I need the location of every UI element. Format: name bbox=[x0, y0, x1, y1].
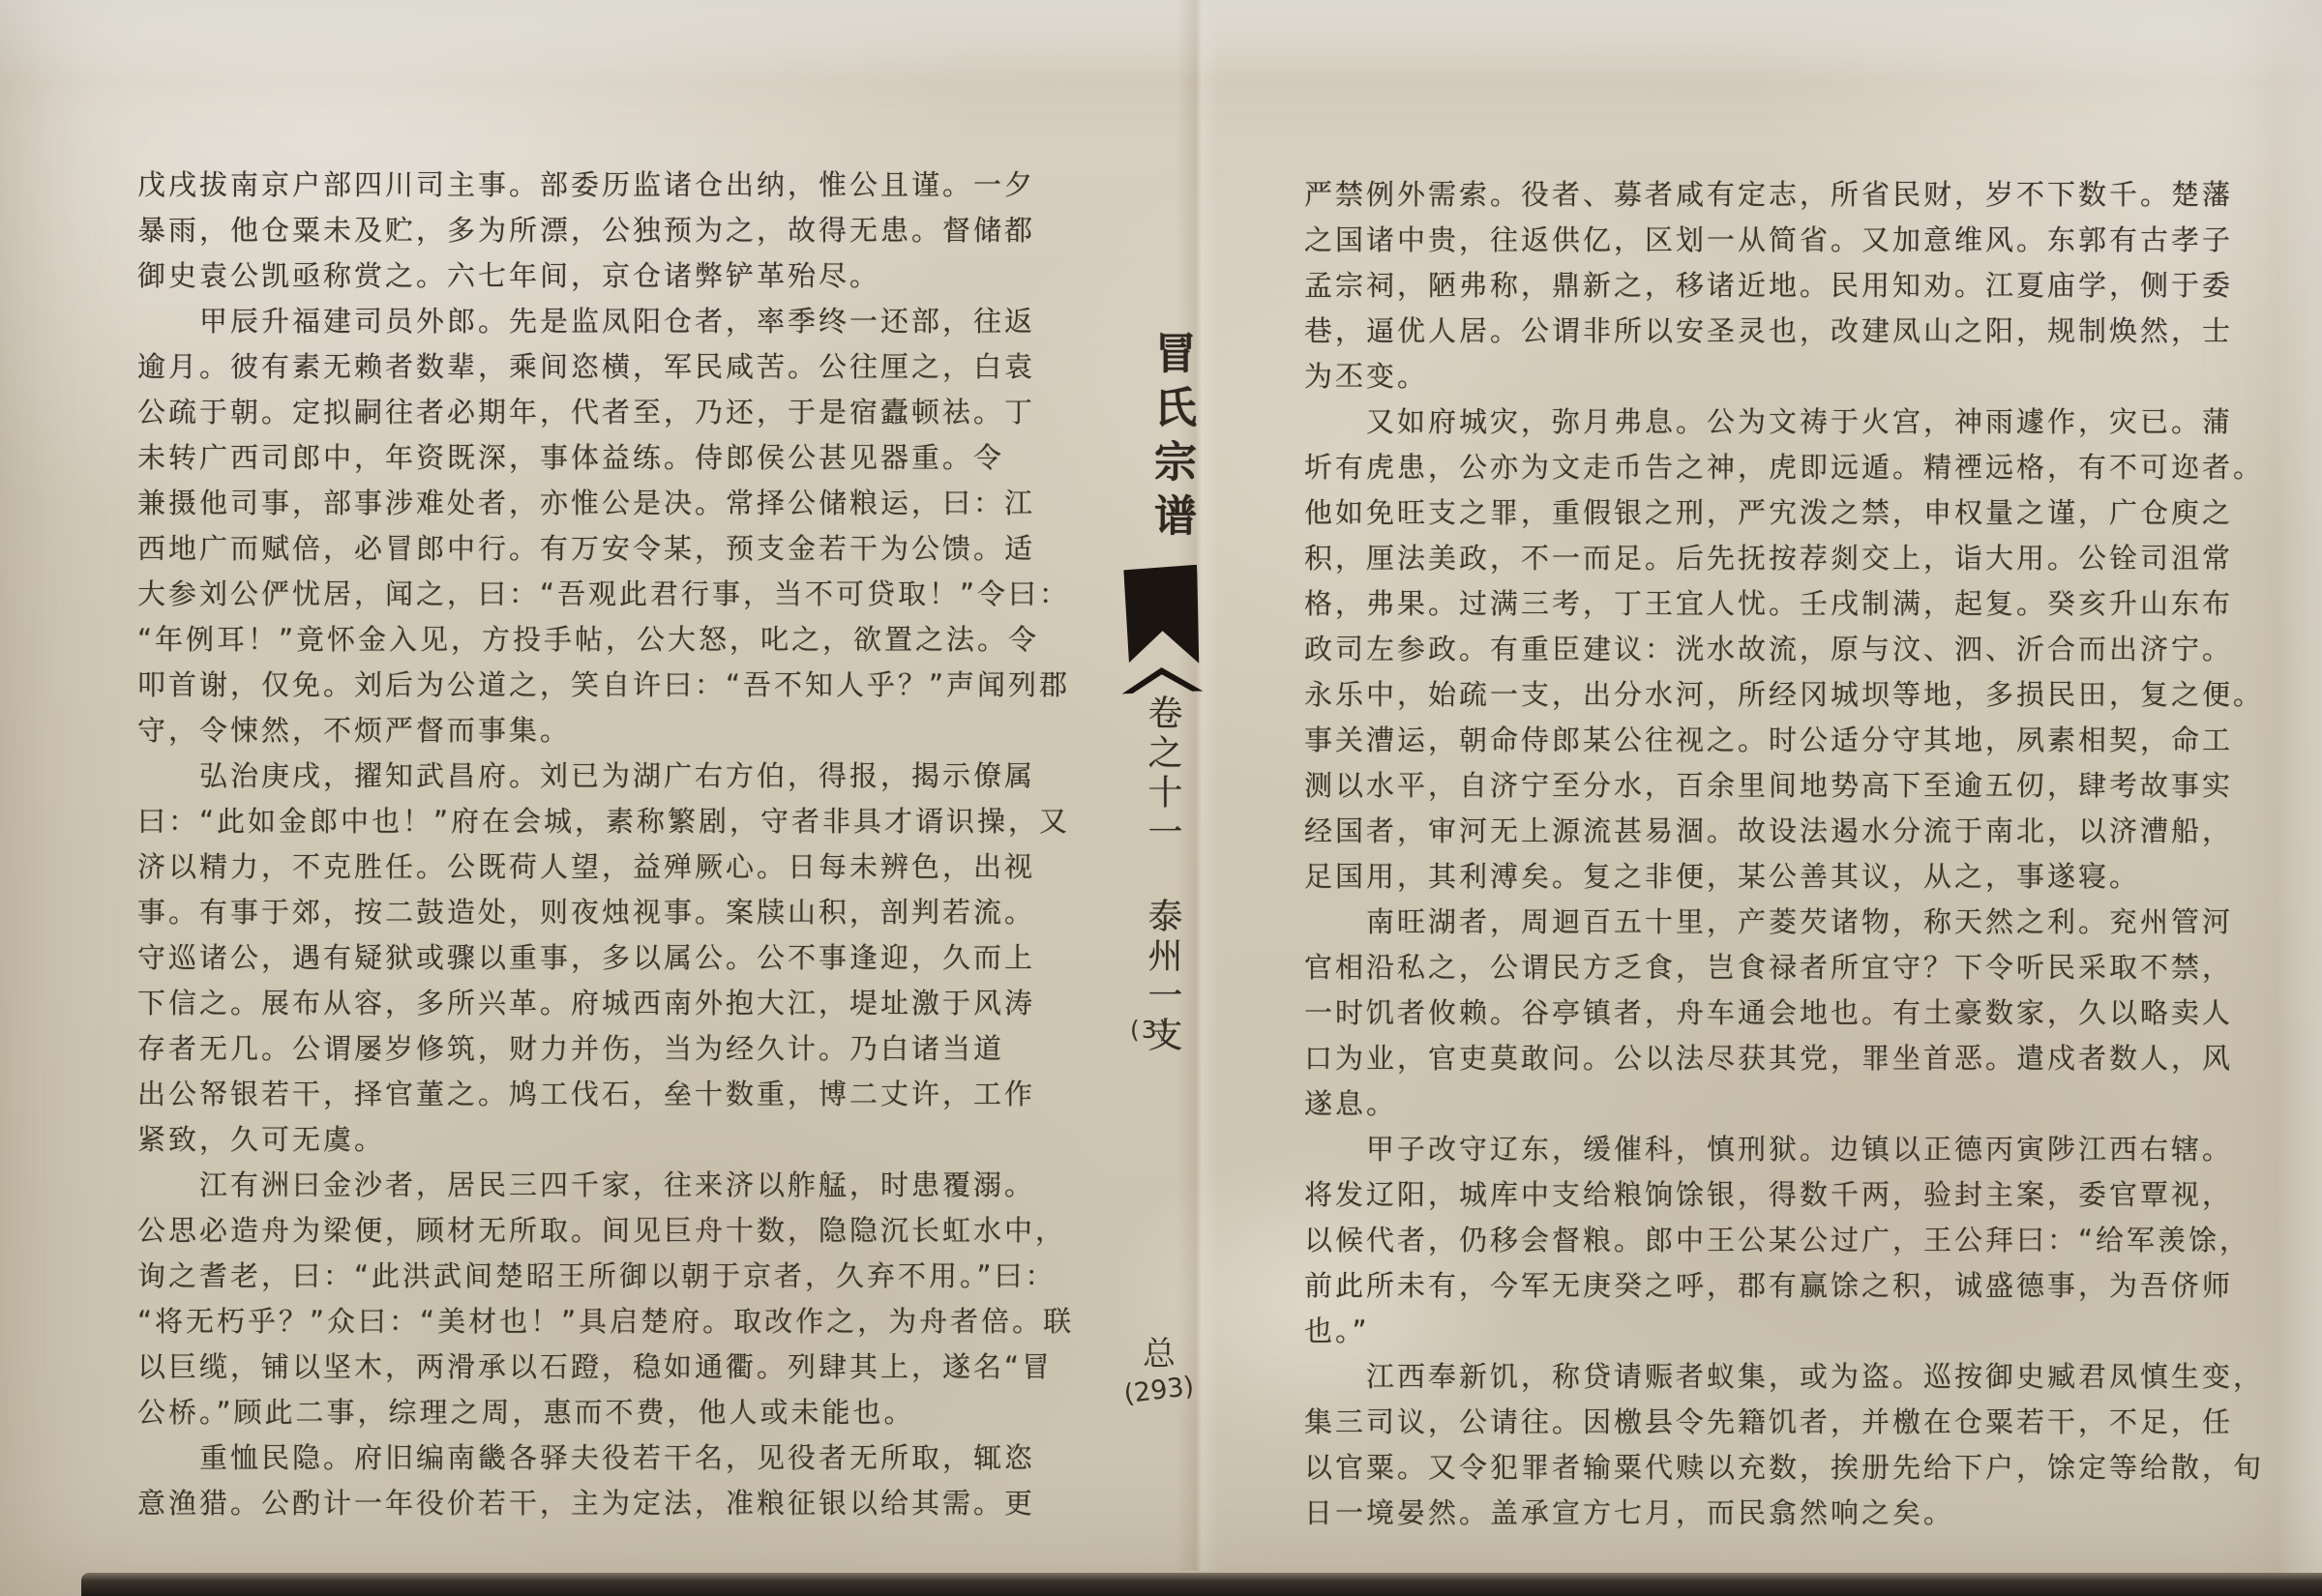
handwritten-text-line: 又如府城灾，弥月弗息。公为文祷于火宫，神雨遽作，灾已。蒲 bbox=[1304, 399, 2272, 445]
handwritten-text-line: 未转广西司郎中，年资既深，事体益练。侍郎侯公甚见器重。令 bbox=[137, 435, 1115, 481]
handwritten-text-line: 出公帑银若干，择官董之。鸠工伐石，垒十数重，博二丈许，工作 bbox=[137, 1072, 1115, 1117]
scan-right-edge bbox=[2277, 0, 2322, 1596]
right-page-text: 严禁例外需索。役者、募者咸有定志，所省民财，岁不下数千。楚藩之国诸中贵，往返供亿… bbox=[1304, 172, 2272, 1536]
left-page-text: 戊戌拔南京户部四川司主事。部委历监诸仓出纳，惟公且谨。一夕暴雨，他仓粟未及贮，多… bbox=[137, 163, 1115, 1526]
handwritten-text-line: 巷，逼优人居。公谓非所以安圣灵也，改建凤山之阳，规制焕然，士 bbox=[1304, 309, 2272, 354]
handwritten-text-line: 遂息。 bbox=[1304, 1081, 2272, 1127]
spine-total-char: 总 bbox=[1113, 1333, 1206, 1375]
handwritten-text-line: 甲辰升福建司员外郎。先是监凤阳仓者，率季终一还部，往返 bbox=[137, 299, 1115, 344]
handwritten-text-line: 弘治庚戌，擢知武昌府。刘已为湖广右方伯，得报，揭示僚属 bbox=[137, 754, 1115, 799]
handwritten-text-line: 圻有虎患，公亦为文走币告之神，虎即远遁。精禋远格，有不可迩者。 bbox=[1304, 445, 2272, 490]
handwritten-text-line: 御史袁公凯亟称赏之。六七年间，京仓诸弊铲革殆尽。 bbox=[137, 253, 1115, 299]
handwritten-text-line: 以候代者，仍移会督粮。郎中王公某公过广，王公拜曰：“给军羡馀， bbox=[1304, 1218, 2272, 1263]
handwritten-text-line: 一时饥者攸赖。谷亭镇者，舟车通会地也。有土豪数家，久以略卖人 bbox=[1304, 990, 2272, 1036]
handwritten-text-line: 日一境晏然。盖承宣方七月，而民翕然响之矣。 bbox=[1304, 1491, 2272, 1536]
handwritten-text-line: 孟宗祠，陋弗称，鼎新之，移诸近地。民用知劝。江夏庙学，侧于委 bbox=[1304, 263, 2272, 309]
spine-leaf-number: (3) bbox=[1130, 1016, 1170, 1044]
handwritten-text-line: 口为业，官吏莫敢问。公以法尽获其党，罪坐首恶。遣戍者数人，风 bbox=[1304, 1036, 2272, 1081]
handwritten-text-line: 逾月。彼有素无赖者数辈，乘间恣横，军民咸苦。公往厘之，白袁 bbox=[137, 344, 1115, 390]
handwritten-text-line: 询之耆老，曰：“此洪武间楚昭王所御以朝于京者，久弃不用。”曰： bbox=[137, 1254, 1115, 1299]
handwritten-text-line: 叩首谢，仅免。刘后为公道之，笑自许曰：“吾不知人乎？”声闻列郡 bbox=[137, 663, 1115, 708]
handwritten-text-line: 意渔猎。公酌计一年役价若干，主为定法，准粮征银以给其需。更 bbox=[137, 1481, 1115, 1526]
scan-top-edge bbox=[0, 0, 2322, 81]
handwritten-text-line: 政司左参政。有重臣建议：洸水故流，原与汶、泗、沂合而出济宁。 bbox=[1304, 627, 2272, 672]
handwritten-text-line: 事。有事于郊，按二鼓造处，则夜烛视事。案牍山积，剖判若流。 bbox=[137, 890, 1115, 935]
handwritten-text-line: 大参刘公俨忧居，闻之，曰：“吾观此君行事，当不可贷取！”令曰： bbox=[137, 572, 1115, 617]
handwritten-text-line: 守，令悚然，不烦严督而事集。 bbox=[137, 708, 1115, 754]
handwritten-text-line: “将无朽乎？”众曰：“美材也！”具启楚府。取改作之，为舟者倍。联 bbox=[137, 1299, 1115, 1345]
handwritten-text-line: 重恤民隐。府旧编南畿各驿夫役若干名，见役者无所取，辄恣 bbox=[137, 1435, 1115, 1481]
handwritten-text-line: 足国用，其利溥矣。复之非便，某公善其议，从之，事遂寝。 bbox=[1304, 854, 2272, 900]
handwritten-text-line: 将发辽阳，城库中支给粮饷馀银，得数千两，验封主案，委官覃视， bbox=[1304, 1172, 2272, 1218]
handwritten-text-line: 西地广而赋倍，必冒郎中行。有万安令某，预支金若干为公馈。适 bbox=[137, 526, 1115, 572]
handwritten-text-line: 兼摄他司事，部事涉难处者，亦惟公是决。常择公储粮运，曰：江 bbox=[137, 481, 1115, 526]
handwritten-text-line: 甲子改守辽东，缓催科，慎刑狱。边镇以正德丙寅陟江西右辖。 bbox=[1304, 1127, 2272, 1172]
handwritten-text-line: 严禁例外需索。役者、募者咸有定志，所省民财，岁不下数千。楚藩 bbox=[1304, 172, 2272, 218]
handwritten-text-line: 存者无几。公谓屡岁修筑，财力并伤，当为经久计。乃白诸当道 bbox=[137, 1026, 1115, 1072]
handwritten-text-line: 公疏于朝。定拟嗣往者必期年，代者至，乃还，于是宿蠹顿祛。丁 bbox=[137, 390, 1115, 435]
handwritten-text-line: 江西奉新饥，称贷请赈者蚁集，或为盗。巡按御史臧君凤慎生变， bbox=[1304, 1354, 2272, 1400]
handwritten-text-line: 为丕变。 bbox=[1304, 354, 2272, 399]
handwritten-text-line: 他如免旺支之罪，重假银之刑，严宄泼之禁，申权量之谨，广仓庾之 bbox=[1304, 490, 2272, 536]
handwritten-text-line: 测以水平，自济宁至分水，百余里间地势高下至逾五仞，肆考故事实 bbox=[1304, 763, 2272, 809]
handwritten-text-line: 济以精力，不克胜任。公既荷人望，益殚厥心。日每未辨色，出视 bbox=[137, 844, 1115, 890]
handwritten-text-line: 永乐中，始疏一支，出分水河，所经冈城坝等地，多损民田，复之便。 bbox=[1304, 672, 2272, 718]
book-bottom-edge-shadow bbox=[81, 1573, 2322, 1596]
handwritten-text-line: 曰：“此如金郎中也！”府在会城，素称繁剧，守者非具才谞识操，又 bbox=[137, 799, 1115, 844]
handwritten-text-line: 守巡诸公，遇有疑狱或骤以重事，多以属公。公不事逢迎，久而上 bbox=[137, 935, 1115, 981]
handwritten-text-line: 以官粟。又令犯罪者输粟代赎以充数，挨册先给下户，馀定等给散，旬 bbox=[1304, 1445, 2272, 1491]
handwritten-text-line: 南旺湖者，周迴百五十里，产菱芡诸物，称天然之利。兖州管河 bbox=[1304, 900, 2272, 945]
spine-book-title: 冒氏宗谱 bbox=[1140, 331, 1202, 547]
handwritten-text-line: “年例耳！”竟怀金入见，方投手帖，公大怒，叱之，欲置之法。令 bbox=[137, 617, 1115, 663]
spine-total-number: (293) bbox=[1111, 1370, 1206, 1411]
handwritten-text-line: 之国诸中贵，往返供亿，区划一从简省。又加意维风。东郭有古孝子 bbox=[1304, 218, 2272, 263]
spine-volume-label: 卷之十一 泰州一支 bbox=[1138, 695, 1187, 1056]
handwritten-text-line: 也。” bbox=[1304, 1309, 2272, 1354]
handwritten-text-line: 格，弗果。过满三考，丁王宜人忧。壬戌制满，起复。癸亥升山东布 bbox=[1304, 581, 2272, 627]
handwritten-text-line: 积，厘法美政，不一而足。后先抚按荐剡交上，诣大用。公铨司沮常 bbox=[1304, 536, 2272, 581]
spine-total-label: 总 (293) bbox=[1113, 1333, 1206, 1406]
handwritten-text-line: 事关漕运，朝命侍郎某公往视之。时公适分守其地，夙素相契，命工 bbox=[1304, 718, 2272, 763]
handwritten-text-line: 官相沿私之，公谓民方乏食，岂食禄者所宜守？下令听民采取不禁， bbox=[1304, 945, 2272, 990]
scanned-genealogy-spread: 戊戌拔南京户部四川司主事。部委历监诸仓出纳，惟公且谨。一夕暴雨，他仓粟未及贮，多… bbox=[0, 0, 2322, 1596]
handwritten-text-line: 以巨缆，铺以坚木，两滑承以石蹬，稳如通衢。列肆其上，遂名“冒 bbox=[137, 1345, 1115, 1390]
handwritten-text-line: 紧致，久可无虞。 bbox=[137, 1117, 1115, 1163]
handwritten-text-line: 前此所未有，今军无庚癸之呼，郡有赢馀之积，诚盛德事，为吾侪师 bbox=[1304, 1263, 2272, 1309]
handwritten-text-line: 公思必造舟为梁便，顾材无所取。间见巨舟十数，隐隐沉长虹水中， bbox=[137, 1208, 1115, 1254]
handwritten-text-line: 集三司议，公请往。因檄县令先籍饥者，并檄在仓粟若干，不足，任 bbox=[1304, 1400, 2272, 1445]
handwritten-text-line: 戊戌拔南京户部四川司主事。部委历监诸仓出纳，惟公且谨。一夕 bbox=[137, 163, 1115, 208]
handwritten-text-line: 下信之。展布从容，多所兴革。府城西南外抱大江，堤址激于风涛 bbox=[137, 981, 1115, 1026]
handwritten-text-line: 江有洲曰金沙者，居民三四千家，往来济以舴艋，时患覆溺。 bbox=[137, 1163, 1115, 1208]
handwritten-text-line: 暴雨，他仓粟未及贮，多为所漂，公独预为之，故得无患。督储都 bbox=[137, 208, 1115, 253]
handwritten-text-line: 经国者，审河无上源流甚易涸。故设法遏水分流于南北，以济漕船， bbox=[1304, 809, 2272, 854]
handwritten-text-line: 公桥。”顾此二事，综理之周，惠而不费，他人或未能也。 bbox=[137, 1390, 1115, 1435]
